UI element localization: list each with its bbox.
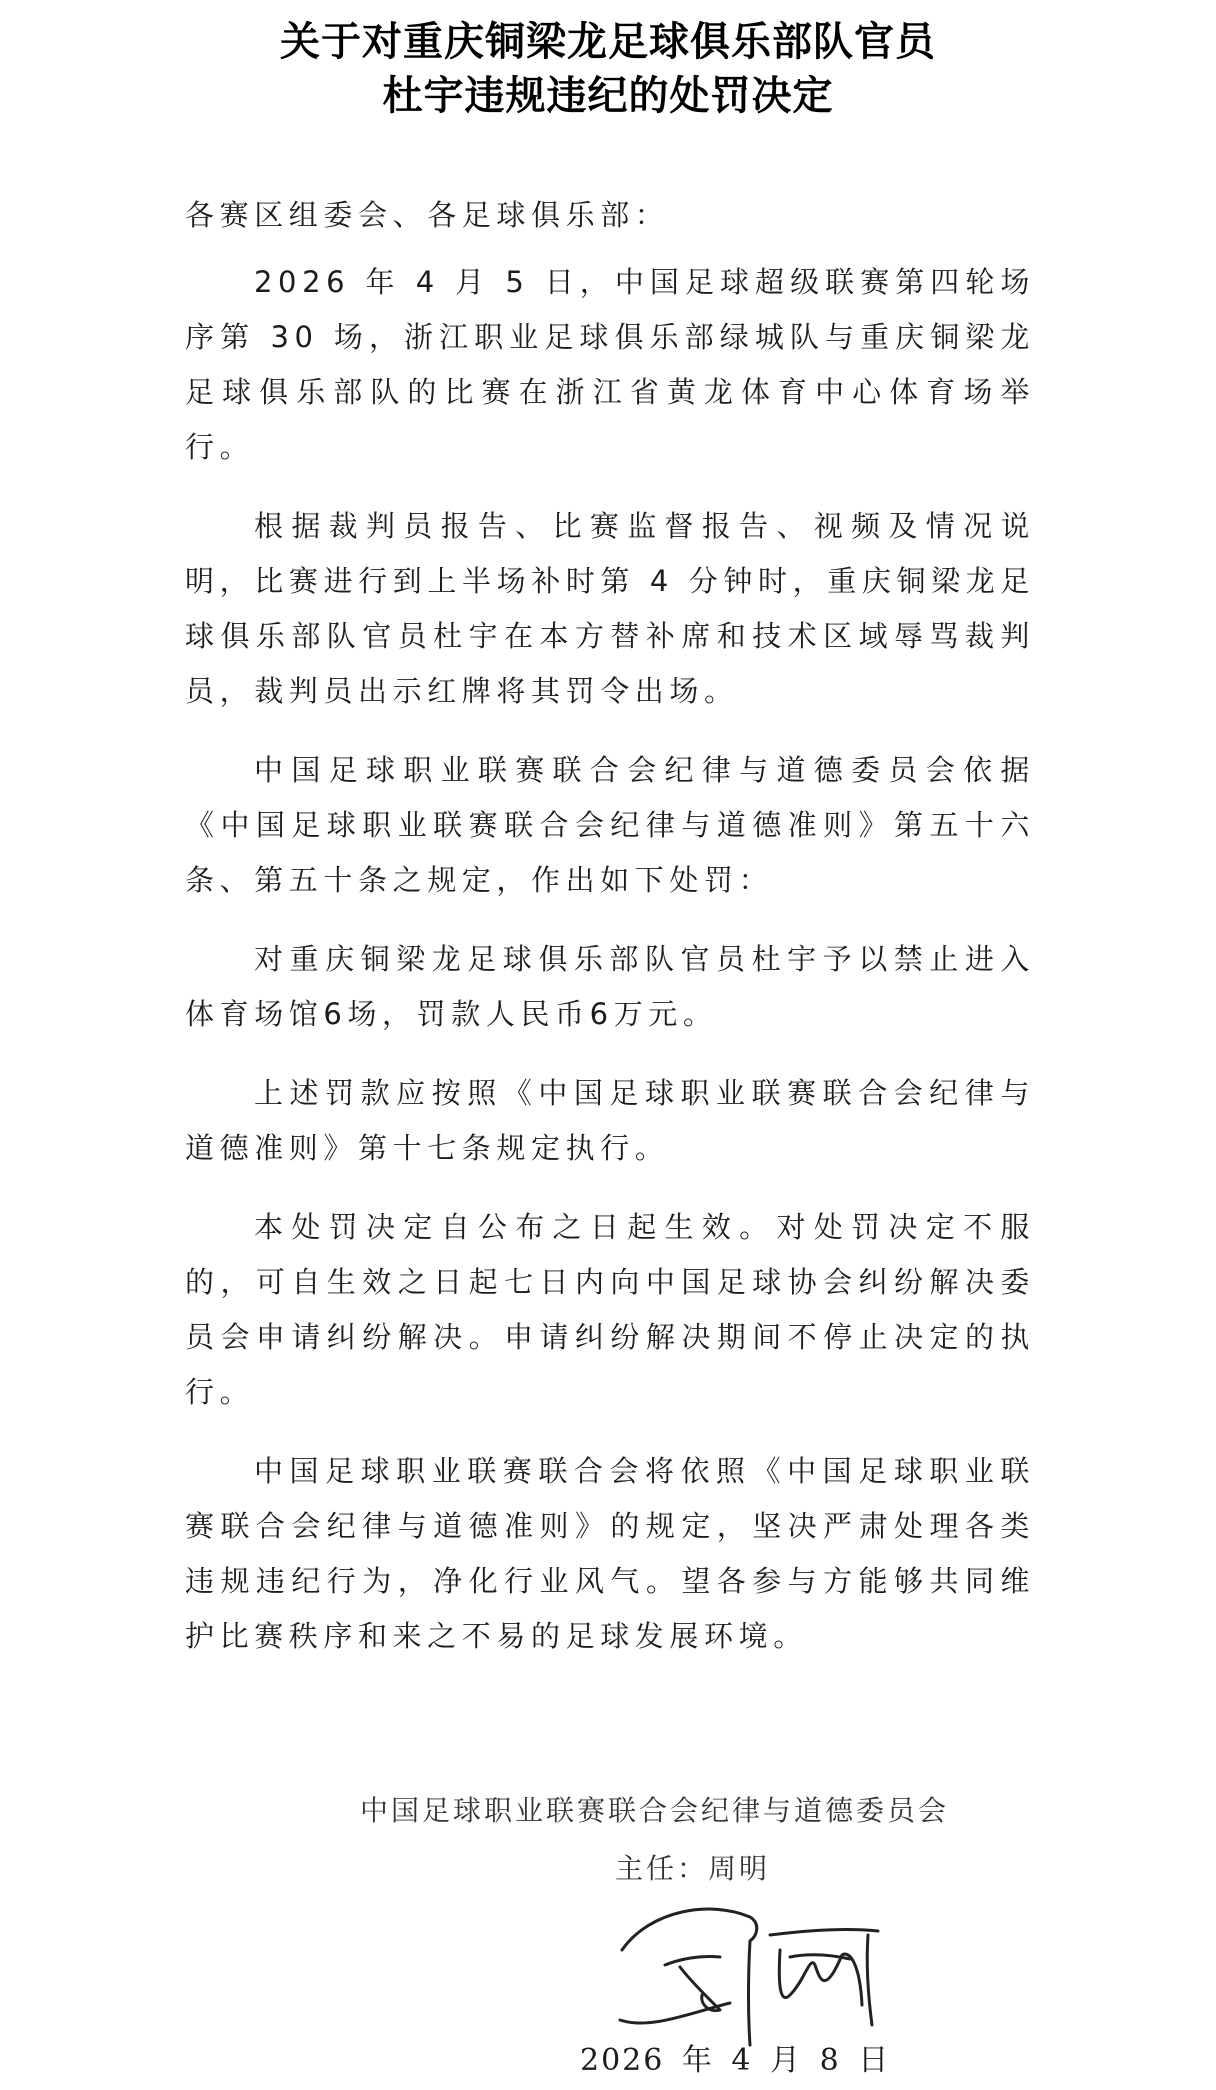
paragraph-closing: 中国足球职业联赛联合会将依照《中国足球职业联赛联合会纪律与道德准则》的规定，坚决… xyxy=(185,1444,1035,1664)
paragraph-fine-execution: 上述罚款应按照《中国足球职业联赛联合会纪律与道德准则》第十七条规定执行。 xyxy=(185,1066,1035,1176)
issuing-committee: 中国足球职业联赛联合会纪律与道德委员会 xyxy=(360,1783,949,1838)
document-body: 2026 年 4 月 5 日，中国足球超级联赛第四轮场序第 30 场，浙江职业足… xyxy=(185,255,1035,1664)
paragraph-incident: 根据裁判员报告、比赛监督报告、视频及情况说明，比赛进行到上半场补时第 4 分钟时… xyxy=(185,499,1035,719)
paragraph-legal-basis: 中国足球职业联赛联合会纪律与道德委员会依据《中国足球职业联赛联合会纪律与道德准则… xyxy=(185,743,1035,908)
document-title-line-1: 关于对重庆铜梁龙足球俱乐部队官员 xyxy=(0,14,1216,69)
issue-date: 2026 年 4 月 8 日 xyxy=(580,2033,890,2088)
paragraph-effective-appeal: 本处罚决定自公布之日起生效。对处罚决定不服的，可自生效之日起七日内向中国足球协会… xyxy=(185,1200,1035,1420)
document-title-line-2: 杜宇违规违纪的处罚决定 xyxy=(0,68,1216,123)
paragraph-match-info: 2026 年 4 月 5 日，中国足球超级联赛第四轮场序第 30 场，浙江职业足… xyxy=(185,255,1035,475)
paragraph-penalty: 对重庆铜梁龙足球俱乐部队官员杜宇予以禁止进入体育场馆6场，罚款人民币6万元。 xyxy=(185,932,1035,1042)
director-name: 主任：周明 xyxy=(615,1841,770,1896)
salutation: 各赛区组委会、各足球俱乐部： xyxy=(185,188,669,243)
handwritten-signature-icon xyxy=(610,1895,930,2055)
